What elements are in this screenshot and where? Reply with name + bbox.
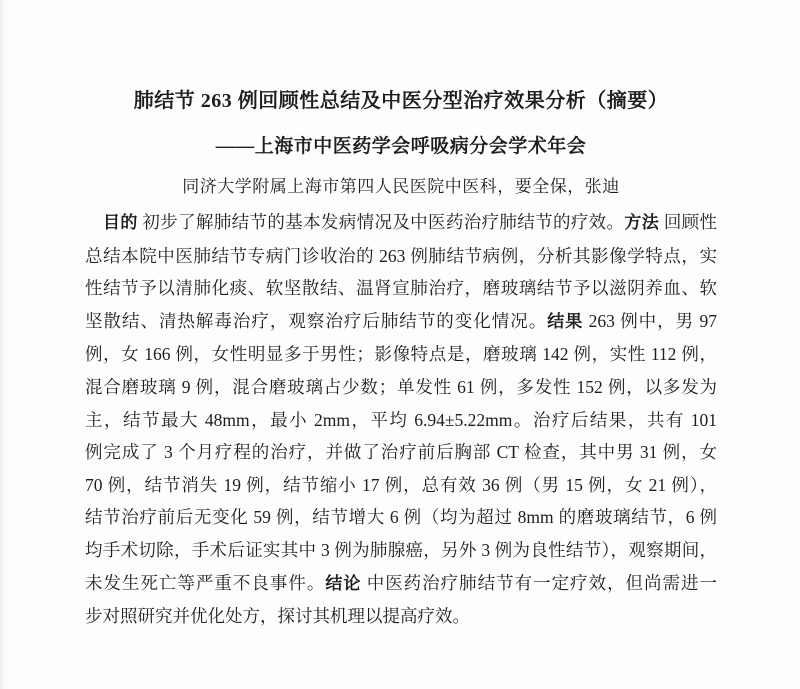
abstract-text: 未发生死亡等严重不良事件。 [85,573,325,593]
abstract-line: 坚散结、清热解毒治疗，观察治疗后肺结节的变化情况。结果 263 例中，男 97 [85,305,717,339]
abstract-text: 70 例，结节消失 19 例，结节缩小 17 例，总有效 36 例（男 15 例… [85,475,717,495]
abstract-text: 263 例中，男 97 [583,311,717,331]
conference-subtitle: ——上海市中医药学会呼吸病分会学术年会 [85,134,717,160]
abstract-text: 坚散结、清热解毒治疗，观察治疗后肺结节的变化情况。 [85,311,547,331]
abstract-line: 未发生死亡等严重不良事件。结论 中医药治疗肺结节有一定疗效，但尚需进一 [85,567,717,601]
abstract-text: 结节治疗前后无变化 59 例，结节增大 6 例（均为超过 8mm 的磨玻璃结节，… [85,507,717,527]
abstract-text: 均手术切除，手术后证实其中 3 例为肺腺癌，另外 3 例为良性结节），观察期间， [85,540,717,560]
abstract-text: 主，结节最大 48mm，最小 2mm，平均 6.94±5.22mm。治疗后结果，… [85,410,717,430]
abstract-line: 例完成了 3 个月疗程的治疗，并做了治疗前后胸部 CT 检查，其中男 31 例，… [85,436,717,469]
section-keyword: 方法 [624,213,659,232]
abstract-line: 主，结节最大 48mm，最小 2mm，平均 6.94±5.22mm。治疗后结果，… [85,404,717,437]
scan-edge-shading [0,0,7,689]
section-keyword: 目的 [103,213,138,232]
abstract-line: 例，女 166 例，女性明显多于男性；影像特点是，磨玻璃 142 例，实性 11… [85,338,717,371]
abstract-line: 结节治疗前后无变化 59 例，结节增大 6 例（均为超过 8mm 的磨玻璃结节，… [85,501,717,534]
abstract-body: 目的 初步了解肺结节的基本发病情况及中医药治疗肺结节的疗效。方法 回顾性总结本院… [85,206,717,633]
abstract-text: 总结本院中医肺结节专病门诊收治的 263 例肺结节病例，分析其影像学特点，实 [85,246,717,266]
paper-title: 肺结节 263 例回顾性总结及中医分型治疗效果分析（摘要） [85,88,717,114]
abstract-line: 混合磨玻璃 9 例，混合磨玻璃占少数；单发性 61 例，多发性 152 例，以多… [85,371,717,404]
abstract-text: 例完成了 3 个月疗程的治疗，并做了治疗前后胸部 CT 检查，其中男 31 例，… [85,442,717,462]
abstract-line: 性结节予以清肺化痰、软坚散结、温肾宣肺治疗，磨玻璃结节予以滋阴养血、软 [85,272,717,305]
abstract-text: 例，女 166 例，女性明显多于男性；影像特点是，磨玻璃 142 例，实性 11… [85,344,717,364]
abstract-text: 回顾性 [659,212,717,232]
abstract-text: 步对照研究并优化处方，探讨其机理以提高疗效。 [85,606,470,626]
abstract-text: 性结节予以清肺化痰、软坚散结、温肾宣肺治疗，磨玻璃结节予以滋阴养血、软 [85,278,717,298]
abstract-line: 均手术切除，手术后证实其中 3 例为肺腺癌，另外 3 例为良性结节），观察期间， [85,534,717,567]
abstract-text: 初步了解肺结节的基本发病情况及中医药治疗肺结节的疗效。 [138,212,625,232]
abstract-line: 70 例，结节消失 19 例，结节缩小 17 例，总有效 36 例（男 15 例… [85,469,717,502]
abstract-line: 步对照研究并优化处方，探讨其机理以提高疗效。 [85,600,717,633]
abstract-line: 目的 初步了解肺结节的基本发病情况及中医药治疗肺结节的疗效。方法 回顾性 [85,206,717,240]
abstract-text: 混合磨玻璃 9 例，混合磨玻璃占少数；单发性 61 例，多发性 152 例，以多… [85,377,717,397]
scanned-abstract-page: 肺结节 263 例回顾性总结及中医分型治疗效果分析（摘要） ——上海市中医药学会… [0,0,800,689]
abstract-line: 总结本院中医肺结节专病门诊收治的 263 例肺结节病例，分析其影像学特点，实 [85,240,717,273]
section-keyword: 结果 [547,312,583,331]
abstract-text: 中医药治疗肺结节有一定疗效，但尚需进一 [361,573,717,593]
section-keyword: 结论 [325,574,361,593]
authors-affiliation: 同济大学附属上海市第四人民医院中医科，要全保，张迪 [85,174,717,200]
